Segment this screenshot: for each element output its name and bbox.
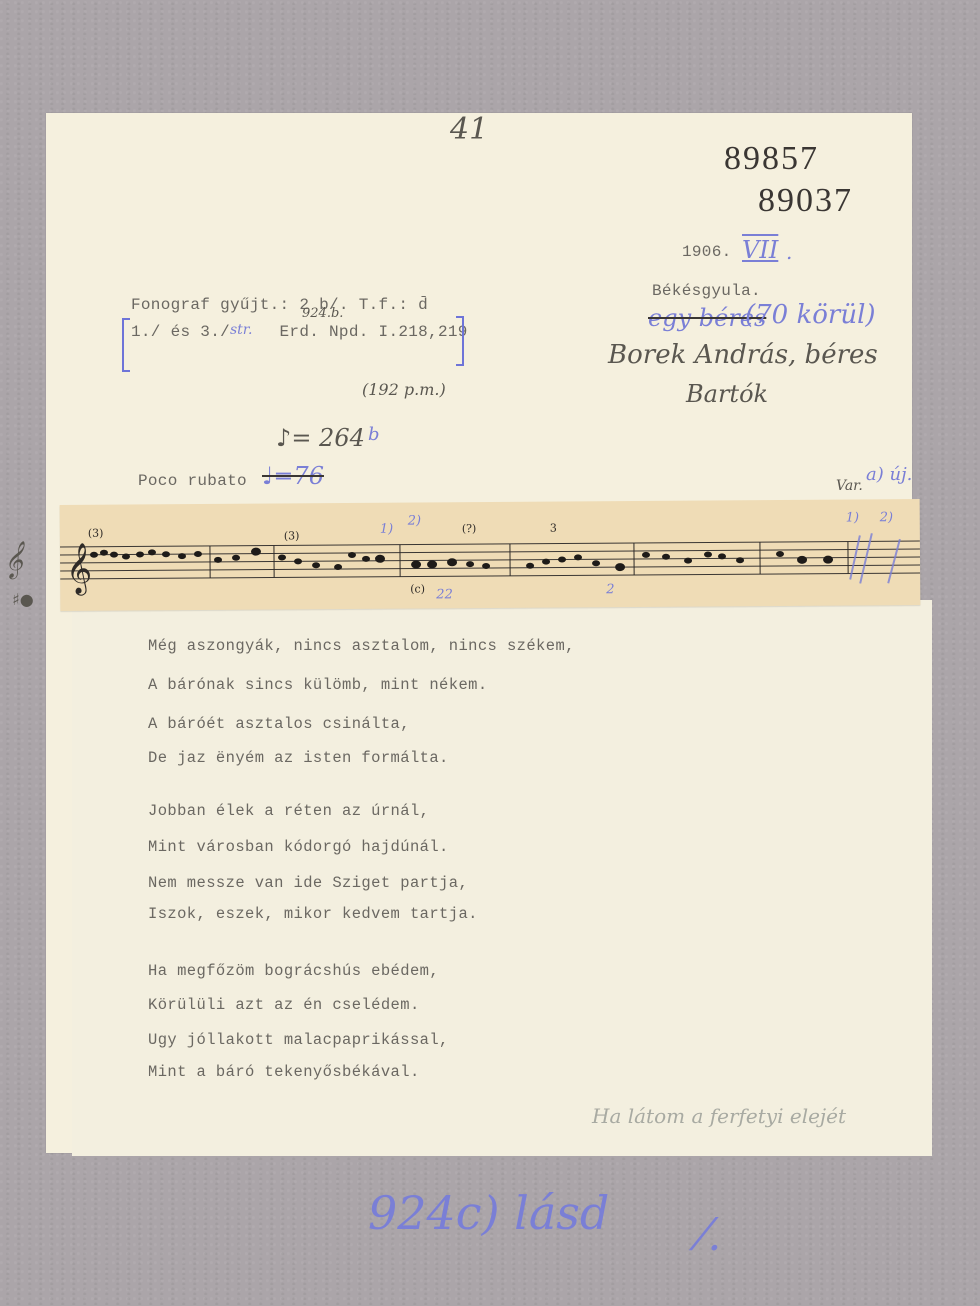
music-staff: 𝄞 1)2)22 21)2) (3)(3)(c) — [60, 499, 921, 611]
source-insert: str. — [230, 322, 252, 338]
music-notation-strip: 𝄞 1)2)22 21)2) (3)(3)(c) — [60, 499, 921, 611]
poem-line: Ha megfőzöm bográcshús ebédem, — [148, 962, 439, 980]
source-line-2: 1./ és 3./ Erd. Npd. I.218,219 — [131, 323, 468, 341]
poem-line: A báróét asztalos csinálta, — [148, 715, 410, 733]
struck-tempo: ♩=76 — [262, 462, 324, 490]
left-bracket — [122, 318, 130, 372]
svg-text:(?): (?) — [462, 522, 477, 535]
date-trailing: . — [786, 240, 792, 264]
svg-text:1): 1) — [380, 522, 393, 537]
svg-text:2): 2) — [879, 510, 893, 525]
catalog-number-1: 89857 — [724, 140, 819, 178]
svg-text:𝄞: 𝄞 — [66, 543, 92, 596]
clef-margin-note: ♯● — [12, 590, 34, 609]
svg-text:1): 1) — [846, 510, 859, 525]
poem-line: Iszok, eszek, mikor kedvem tartja. — [148, 905, 478, 923]
poem-line: Még aszongyák, nincs asztalom, nincs szé… — [148, 637, 575, 655]
collector-name: Bartók — [686, 380, 768, 408]
right-bracket — [456, 316, 464, 366]
tempo-note: (192 p.m.) — [362, 380, 446, 399]
poem-line: Körülüli azt az én cselédem. — [148, 996, 420, 1014]
metronome-marking: ♪= 264 — [276, 424, 365, 452]
source-line-1: Fonograf gyűjt.: 2 b/. T.f.: d̄ — [131, 296, 428, 314]
age-note: (70 körül) — [745, 300, 876, 330]
poem-line: Mint városban kódorgó hajdúnál. — [148, 838, 449, 856]
poem-line: Ugy jóllakott malacpaprikással, — [148, 1031, 449, 1049]
svg-text:3: 3 — [550, 522, 557, 535]
tempo-marking: Poco rubato — [138, 472, 247, 490]
poem-line: De jaz ënyém az isten formálta. — [148, 749, 449, 767]
pencil-footer-note: Ha látom a ferfetyi elejét — [592, 1104, 846, 1128]
svg-text:(3): (3) — [88, 527, 104, 540]
place-name: Békésgyula. — [652, 282, 761, 300]
variant-note: a) új. — [866, 464, 912, 485]
poem-line: Jobban élek a réten az úrnál, — [148, 802, 429, 820]
svg-text:22: 22 — [435, 587, 453, 602]
clef-margin-icon: 𝄞 — [4, 540, 23, 579]
date-year: 1906. — [682, 243, 732, 261]
date-month: VII — [742, 236, 778, 264]
blue-reference-note: 924c) lásd — [368, 1186, 609, 1240]
catalog-number-2: 89037 — [758, 182, 853, 220]
poem-line: A bárónak sincs külömb, mint nékem. — [148, 676, 488, 694]
metronome-suffix: b — [368, 424, 380, 445]
page-number: 41 — [450, 112, 488, 147]
poem-line: Nem messze van ide Sziget partja, — [148, 874, 468, 892]
svg-text:(c): (c) — [410, 582, 425, 595]
singer-name: Borek András, béres — [608, 340, 878, 370]
svg-text:2: 2 — [605, 582, 614, 597]
svg-text:2): 2) — [407, 513, 421, 528]
source-annotation: 924.b. — [302, 306, 343, 321]
poem-line: Mint a báró tekenyősbékával. — [148, 1063, 420, 1081]
variant-label: Var. — [836, 478, 863, 494]
svg-text:(3): (3) — [284, 529, 300, 542]
blue-mark: ⁄. — [700, 1210, 721, 1261]
